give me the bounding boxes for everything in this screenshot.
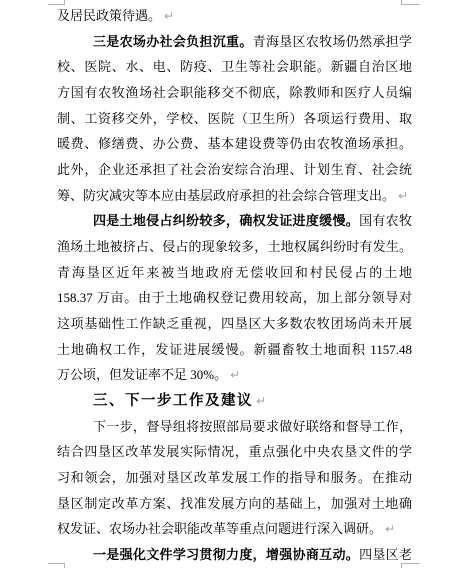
body-text-run: 方国有农牧渔场社会职能移交不彻底，除教师和医疗人员编 xyxy=(57,85,412,100)
text-line[interactable]: 结合四垦区改革发展实际情况，重点强化中央农垦文件的学 xyxy=(57,439,412,465)
body-text-run: 习和领会，加强对垦区改革发展工作的指导和服务。在推动 xyxy=(57,470,412,485)
body-text-run: 权发证、农场办社会职能改革等重点问题进行深入调研。 xyxy=(57,521,382,536)
text-line[interactable]: 青海垦区近年来被当地政府无偿收回和村民侵占的土地 xyxy=(57,260,412,286)
paragraph-mark-icon: ↵ xyxy=(398,189,408,203)
body-text-run: 下一步，督导组将按照部局要求做好联络和督导工作， xyxy=(93,419,412,434)
emphasis-text-run: 四是土地侵占纠纷较多，确权发证进度缓慢。 xyxy=(93,213,359,228)
text-line[interactable]: 权发证、农场办社会职能改革等重点问题进行深入调研。↵ xyxy=(57,516,412,542)
body-text-run: 青海垦区近年来被当地政府无偿收回和村民侵占的土地 xyxy=(57,265,412,280)
text-line[interactable]: 方国有农牧渔场社会职能移交不彻底，除教师和医疗人员编 xyxy=(57,80,412,106)
text-line[interactable]: 垦区制定改革方案、找准发展方向的基础上，加强对土地确 xyxy=(57,491,412,517)
body-text-run: 四垦区老 xyxy=(359,547,412,562)
text-line[interactable]: 三、下一步工作及建议↵ xyxy=(57,388,412,414)
body-text-run: 土地确权工作，发证进展缓慢。新疆畜牧土地面积 1157.48 xyxy=(57,342,412,357)
body-text-run: 渔场土地被挤占、侵占的现象较多，土地权属纠纷时有发生。 xyxy=(57,239,412,254)
document-page[interactable]: 及居民政策待遇。↵三是农场办社会负担沉重。青海垦区农牧场仍然承担学校、医院、水、… xyxy=(0,0,471,568)
body-text-run: 结合四垦区改革发展实际情况，重点强化中央农垦文件的学 xyxy=(57,444,412,459)
text-line[interactable]: 土地确权工作，发证进展缓慢。新疆畜牧土地面积 1157.48 xyxy=(57,337,412,363)
text-line[interactable]: 此外，企业还承担了社会治安综合治理、计划生育、社会统 xyxy=(57,157,412,183)
document-text-area[interactable]: 及居民政策待遇。↵三是农场办社会负担沉重。青海垦区农牧场仍然承担学校、医院、水、… xyxy=(57,3,412,568)
paragraph-mark-icon: ↵ xyxy=(230,368,240,382)
heading-text-run: 三、下一步工作及建议 xyxy=(93,393,253,409)
text-line[interactable]: 渔场土地被挤占、侵占的现象较多，土地权属纠纷时有发生。 xyxy=(57,234,412,260)
emphasis-text-run: 一是强化文件学习贯彻力度，增强协商互动。 xyxy=(93,547,359,562)
body-text-run: 158.37 万亩。由于土地确权登记费用较高，加上部分领导对 xyxy=(57,290,412,305)
text-line[interactable]: 下一步，督导组将按照部局要求做好联络和督导工作， xyxy=(57,414,412,440)
paragraph-mark-icon: ↵ xyxy=(256,394,266,408)
text-line[interactable]: 三是农场办社会负担沉重。青海垦区农牧场仍然承担学 xyxy=(57,29,412,55)
emphasis-text-run: 三是农场办社会负担沉重。 xyxy=(93,34,253,49)
body-text-run: 筹、防灾减灾等本应由基层政府承担的社会综合管理支出。 xyxy=(57,188,395,203)
body-text-run: 这项基础性工作缺乏重视，四垦区大多数农牧团场尚未开展 xyxy=(57,316,412,331)
body-text-run: 校、医院、水、电、防疫、卫生等社会职能。新疆自治区地 xyxy=(57,59,412,74)
text-line[interactable]: 暖费、修缮费、办公费、基本建设费等仍由农牧渔场承担。 xyxy=(57,131,412,157)
text-line[interactable]: 及居民政策待遇。↵ xyxy=(57,3,412,29)
text-line[interactable]: 158.37 万亩。由于土地确权登记费用较高，加上部分领导对 xyxy=(57,285,412,311)
body-text-run: 万公顷，但发证率不足 30%。 xyxy=(57,367,227,382)
body-text-run: 制、工资移交外，学校、医院（卫生所）各项运行费用、取 xyxy=(57,111,412,126)
text-line[interactable]: 制、工资移交外，学校、医院（卫生所）各项运行费用、取 xyxy=(57,106,412,132)
body-text-run: 垦区制定改革方案、找准发展方向的基础上，加强对土地确 xyxy=(57,496,412,511)
text-line[interactable]: 筹、防灾减灾等本应由基层政府承担的社会综合管理支出。↵ xyxy=(57,183,412,209)
body-text-run: 暖费、修缮费、办公费、基本建设费等仍由农牧渔场承担。 xyxy=(57,136,412,151)
text-line[interactable]: 四是土地侵占纠纷较多，确权发证进度缓慢。国有农牧 xyxy=(57,208,412,234)
body-text-run: 青海垦区农牧场仍然承担学 xyxy=(253,34,412,49)
paragraph-mark-icon: ↵ xyxy=(164,9,174,23)
body-text-run: 及居民政策待遇。 xyxy=(57,8,161,23)
body-text-run: 国有农牧 xyxy=(359,213,412,228)
text-line[interactable]: 习和领会，加强对垦区改革发展工作的指导和服务。在推动 xyxy=(57,465,412,491)
text-line[interactable]: 校、医院、水、电、防疫、卫生等社会职能。新疆自治区地 xyxy=(57,54,412,80)
text-line[interactable]: 这项基础性工作缺乏重视，四垦区大多数农牧团场尚未开展 xyxy=(57,311,412,337)
body-text-run: 此外，企业还承担了社会治安综合治理、计划生育、社会统 xyxy=(57,162,412,177)
text-line[interactable]: 一是强化文件学习贯彻力度，增强协商互动。四垦区老 xyxy=(57,542,412,568)
paragraph-mark-icon: ↵ xyxy=(385,522,395,536)
text-line[interactable]: 万公顷，但发证率不足 30%。↵ xyxy=(57,362,412,388)
